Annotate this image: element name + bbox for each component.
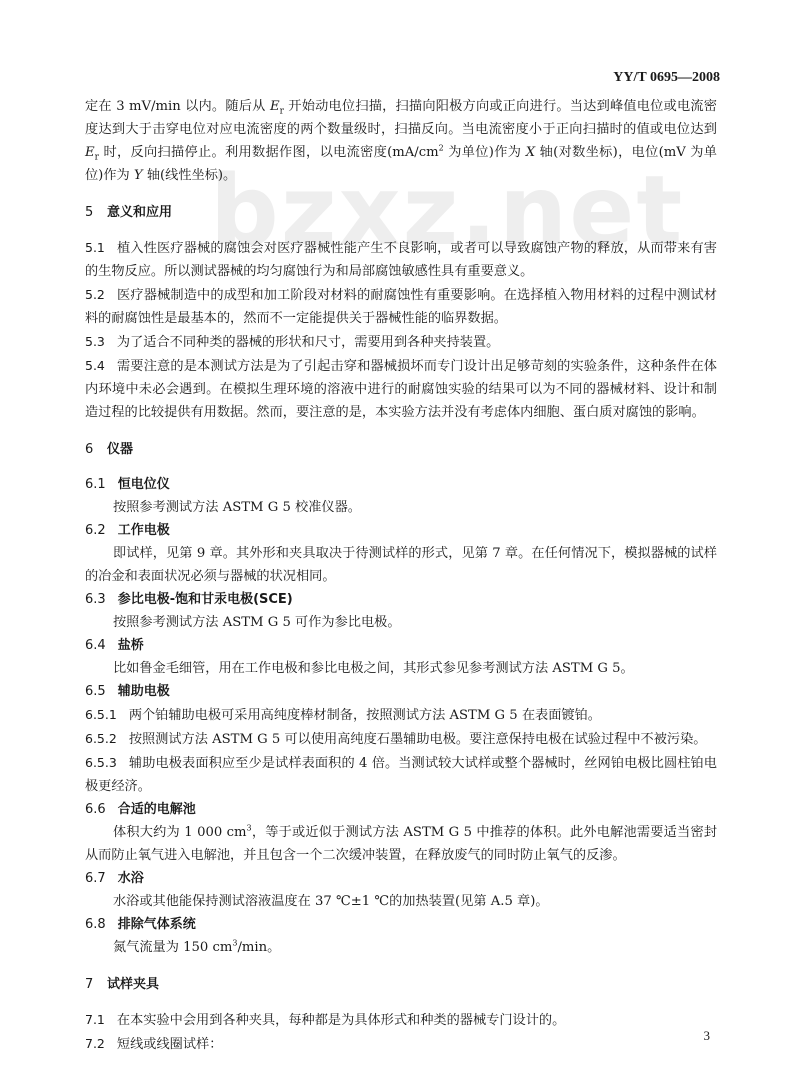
clause-6-7-title: 6.7水浴 <box>85 867 717 890</box>
clause-6-5-1: 6.5.1两个铂辅助电极可采用高纯度棒材制备，按照测试方法 ASTM G 5 在… <box>85 703 717 727</box>
clause-5-3: 5.3为了适合不同种类的器械的形状和尺寸，需要用到各种夹持装置。 <box>85 330 717 354</box>
clause-6-5-title: 6.5辅助电极 <box>85 680 717 703</box>
clause-6-4-title: 6.4盐桥 <box>85 634 717 657</box>
clause-6-8-title: 6.8排除气体系统 <box>85 913 717 936</box>
clause-5-1: 5.1植入性医疗器械的腐蚀会对医疗器械性能产生不良影响，或者可以导致腐蚀产物的释… <box>85 236 717 283</box>
clause-6-7-body: 水浴或其他能保持测试溶液温度在 37 ℃±1 ℃的加热装置(见第 A.5 章)。 <box>85 890 717 913</box>
clause-6-3-body: 按照参考测试方法 ASTM G 5 可作为参比电极。 <box>85 611 717 634</box>
section-heading-7: 7试样夹具 <box>85 973 717 996</box>
intro-paragraph: 定在 3 mV/min 以内。随后从 Er 开始动电位扫描，扫描向阳极方向或正向… <box>85 95 717 187</box>
clause-6-1-body: 按照参考测试方法 ASTM G 5 校准仪器。 <box>85 496 717 519</box>
clause-6-5-3: 6.5.3辅助电极表面积应至少是试样表面积的 4 倍。当测试较大试样或整个器械时… <box>85 751 717 798</box>
clause-5-2: 5.2医疗器械制造中的成型和加工阶段对材料的耐腐蚀性有重要影响。在选择植入物用材… <box>85 283 717 330</box>
clause-6-8-body: 氮气流量为 150 cm3/min。 <box>85 936 717 959</box>
section-heading-5: 5意义和应用 <box>85 201 717 224</box>
clause-6-6-body: 体积大约为 1 000 cm3，等于或近似于测试方法 ASTM G 5 中推荐的… <box>85 821 717 867</box>
standard-code: YY/T 0695—2008 <box>613 70 720 86</box>
clause-6-2-body: 即试样，见第 9 章。其外形和夹具取决于待测试样的形式，见第 7 章。在任何情况… <box>85 542 717 588</box>
document-body: 定在 3 mV/min 以内。随后从 Er 开始动电位扫描，扫描向阳极方向或正向… <box>85 95 717 1056</box>
clause-6-1-title: 6.1恒电位仪 <box>85 473 717 496</box>
clause-6-5-2: 6.5.2按照测试方法 ASTM G 5 可以使用高纯度石墨辅助电极。要注意保持… <box>85 727 717 751</box>
clause-6-2-title: 6.2工作电极 <box>85 519 717 542</box>
clause-6-4-body: 比如鲁金毛细管，用在工作电极和参比电极之间，其形式参见参考测试方法 ASTM G… <box>85 657 717 680</box>
clause-5-4: 5.4需要注意的是本测试方法是为了引起击穿和器械损坏而专门设计出足够苛刻的实验条… <box>85 354 717 424</box>
document-page: YY/T 0695—2008 bzxz.net 定在 3 mV/min 以内。随… <box>0 0 800 1090</box>
section-heading-6: 6仪器 <box>85 438 717 461</box>
clause-6-3-title: 6.3参比电极-饱和甘汞电极(SCE) <box>85 588 717 611</box>
clause-6-6-title: 6.6合适的电解池 <box>85 798 717 821</box>
clause-7-1: 7.1在本实验中会用到各种夹具，每种都是为具体形式和种类的器械专门设计的。 <box>85 1008 717 1032</box>
clause-7-2: 7.2短线或线圈试样： <box>85 1032 717 1056</box>
